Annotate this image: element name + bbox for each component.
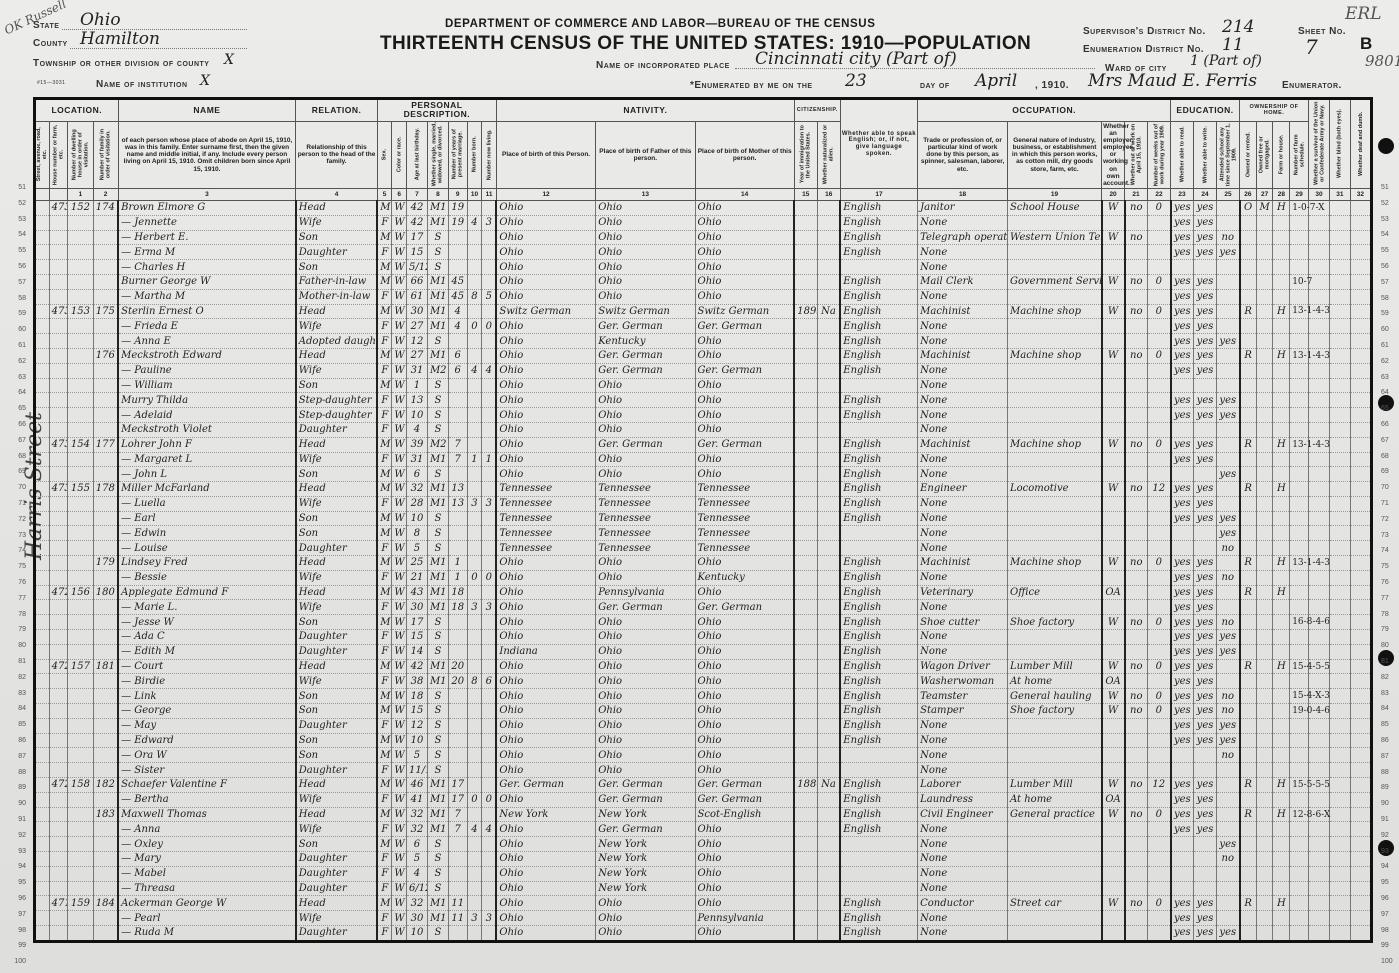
table-row: — Anna EAdopted daughterFW12SOhioKentuck…	[35, 334, 1372, 349]
cell-trade: None	[918, 926, 1008, 942]
cell-imm	[794, 200, 817, 215]
cell-own: R	[1240, 437, 1257, 452]
section-name: NAME	[118, 99, 296, 122]
cell-imm	[794, 822, 817, 837]
header-dwelling-number: Number of dwelling house in order of vis…	[68, 121, 93, 188]
cell-house	[49, 393, 68, 408]
cell-own: R	[1240, 778, 1257, 793]
cell-read: yes	[1171, 200, 1194, 215]
cell-oow	[1125, 541, 1148, 556]
cell-yrs	[448, 926, 467, 942]
cell-name: — Threasa	[118, 881, 296, 896]
cell-read	[1171, 748, 1194, 763]
cell-race: W	[392, 304, 407, 319]
cell-sched	[1290, 733, 1309, 748]
cell-imm	[794, 615, 817, 630]
cell-race: W	[392, 718, 407, 733]
line-number: 76	[4, 579, 26, 586]
cell-write: yes	[1194, 689, 1217, 704]
cell-dwelling	[68, 274, 93, 289]
cell-mother: Ohio	[695, 852, 794, 867]
line-number-right: 82	[1381, 674, 1389, 681]
cell-lang: English	[840, 689, 917, 704]
line-number: 73	[4, 532, 26, 539]
cell-lang	[840, 378, 917, 393]
cell-born	[467, 200, 482, 215]
cell-mother: Tennessee	[695, 526, 794, 541]
cell-industry	[1008, 852, 1102, 867]
cell-sched: 13-1-4-3	[1290, 556, 1309, 571]
cell-trade: None	[918, 837, 1008, 852]
cell-birth: Ohio	[496, 556, 595, 571]
cell-emp	[1102, 822, 1125, 837]
cell-imm	[794, 748, 817, 763]
cell-marital: S	[427, 467, 448, 482]
cell-nat	[817, 822, 840, 837]
cell-marital: S	[427, 230, 448, 245]
cell-family: 182	[93, 778, 118, 793]
cell-race: W	[392, 674, 407, 689]
cell-weeks	[1148, 570, 1171, 585]
line-number: 71	[4, 500, 26, 507]
cell-blank	[1350, 807, 1371, 822]
cell-mother: Ohio	[695, 644, 794, 659]
table-row: 4728156180Applegate Edmund FHeadMW43M118…	[35, 585, 1372, 600]
cell-write: yes	[1194, 644, 1217, 659]
cell-house	[49, 718, 68, 733]
cell-own	[1240, 526, 1257, 541]
header-mortgaged: Owned free or mortgaged.	[1256, 121, 1273, 188]
line-number-right: 56	[1381, 263, 1389, 270]
cell-farm	[1273, 881, 1290, 896]
cell-school: no	[1217, 748, 1240, 763]
cell-house: 4720	[49, 778, 68, 793]
cell-sex: M	[377, 896, 392, 911]
cell-age: 39	[407, 437, 428, 452]
line-number-right: 80	[1381, 642, 1389, 649]
cell-race: W	[392, 763, 407, 778]
cell-birth: Ohio	[496, 926, 595, 942]
cell-blank	[35, 467, 50, 482]
cell-school	[1217, 260, 1240, 275]
cell-sched	[1290, 881, 1309, 896]
cell-own	[1240, 274, 1257, 289]
cell-school	[1217, 585, 1240, 600]
cell-family	[93, 644, 118, 659]
cell-yrs	[448, 334, 467, 349]
cell-marital: M1	[427, 215, 448, 230]
cell-birth: New York	[496, 807, 595, 822]
cell-family: 179	[93, 556, 118, 571]
cell-house	[49, 600, 68, 615]
cell-yrs	[448, 866, 467, 881]
cell-family	[93, 274, 118, 289]
cell-blank	[1350, 881, 1371, 896]
cell-dwelling	[68, 630, 93, 645]
cell-industry	[1008, 496, 1102, 511]
cell-mort	[1256, 630, 1273, 645]
cell-age: 27	[407, 319, 428, 334]
cell-living	[482, 422, 497, 437]
cell-mort	[1256, 348, 1273, 363]
cell-blank	[1350, 852, 1371, 867]
cell-blank	[35, 704, 50, 719]
cell-write: yes	[1194, 926, 1217, 942]
cell-mother: Ohio	[695, 615, 794, 630]
cell-house	[49, 215, 68, 230]
header-children-living: Number now living.	[482, 121, 497, 188]
cell-trade: None	[918, 467, 1008, 482]
cell-born	[467, 807, 482, 822]
cell-born: 4	[467, 363, 482, 378]
cell-house	[49, 319, 68, 334]
cell-birth: Ger. German	[496, 778, 595, 793]
cell-mort	[1256, 437, 1273, 452]
cell-age: 30	[407, 600, 428, 615]
cell-marital: S	[427, 718, 448, 733]
cell-own	[1240, 615, 1257, 630]
cell-blank	[1309, 319, 1330, 334]
cell-nat	[817, 733, 840, 748]
cell-birth: Ohio	[496, 585, 595, 600]
cell-oow	[1125, 733, 1148, 748]
cell-school: yes	[1217, 511, 1240, 526]
cell-birth: Ohio	[496, 260, 595, 275]
column-number: 19	[1008, 188, 1102, 200]
census-sheet: OK Russell State Ohio County Hamilton To…	[0, 0, 1399, 973]
line-number-right: 66	[1381, 421, 1389, 428]
cell-yrs	[448, 881, 467, 896]
cell-write: yes	[1194, 348, 1217, 363]
cell-age: 66	[407, 274, 428, 289]
cell-mort	[1256, 541, 1273, 556]
cell-blank	[1309, 378, 1330, 393]
department-heading: DEPARTMENT OF COMMERCE AND LABOR—BUREAU …	[445, 18, 875, 30]
cell-farm	[1273, 215, 1290, 230]
cell-relation: Son	[296, 837, 378, 852]
cell-farm: H	[1273, 200, 1290, 215]
cell-farm: H	[1273, 348, 1290, 363]
cell-name: — Jesse W	[118, 615, 296, 630]
cell-lang: English	[840, 718, 917, 733]
cell-race: W	[392, 852, 407, 867]
cell-emp: W	[1102, 348, 1125, 363]
cell-born	[467, 644, 482, 659]
cell-age: 61	[407, 289, 428, 304]
cell-mother: Ohio	[695, 556, 794, 571]
cell-name: — Edwin	[118, 526, 296, 541]
cell-sex: F	[377, 245, 392, 260]
cell-school	[1217, 363, 1240, 378]
column-number: 13	[596, 188, 695, 200]
cell-birth: Ohio	[496, 215, 595, 230]
cell-mort	[1256, 482, 1273, 497]
cell-trade: Wagon Driver	[918, 659, 1008, 674]
table-row: — Jesse WSonMW17SOhioOhioOhioEnglishShoe…	[35, 615, 1372, 630]
cell-mort	[1256, 866, 1273, 881]
cell-blank	[35, 511, 50, 526]
cell-birth: Ohio	[496, 689, 595, 704]
cell-age: 6	[407, 467, 428, 482]
cell-read: yes	[1171, 556, 1194, 571]
cell-imm	[794, 437, 817, 452]
line-number: 100	[4, 958, 26, 965]
cell-farm	[1273, 526, 1290, 541]
cell-mort	[1256, 378, 1273, 393]
line-number: 90	[4, 800, 26, 807]
cell-race: W	[392, 792, 407, 807]
table-row: — SisterDaughterFW11/12SOhioOhioOhioNone	[35, 763, 1372, 778]
cell-emp: W	[1102, 200, 1125, 215]
cell-dwelling	[68, 881, 93, 896]
cell-father: Tennessee	[596, 541, 695, 556]
cell-mother: Ger. German	[695, 437, 794, 452]
table-row: — EdwinSonMW8STennesseeTennesseeTennesse…	[35, 526, 1372, 541]
cell-read	[1171, 260, 1194, 275]
cell-farm	[1273, 452, 1290, 467]
cell-born	[467, 378, 482, 393]
cell-marital: M1	[427, 482, 448, 497]
cell-industry	[1008, 630, 1102, 645]
cell-weeks	[1148, 763, 1171, 778]
cell-oow	[1125, 837, 1148, 852]
cell-father: Ohio	[596, 274, 695, 289]
cell-imm	[794, 393, 817, 408]
cell-house	[49, 511, 68, 526]
cell-name: — Court	[118, 659, 296, 674]
cell-name: Applegate Edmund F	[118, 585, 296, 600]
cell-industry: Government Service	[1008, 274, 1102, 289]
cell-mother: Ger. German	[695, 600, 794, 615]
header-out-of-work: Whether out of work on April 15, 1910.	[1125, 121, 1148, 188]
cell-lang: English	[840, 482, 917, 497]
cell-weeks	[1148, 541, 1171, 556]
cell-born	[467, 852, 482, 867]
cell-house	[49, 496, 68, 511]
cell-birth: Ohio	[496, 452, 595, 467]
cell-own: R	[1240, 807, 1257, 822]
table-row: 4732155178Miller McFarlandHeadMW32M113Te…	[35, 482, 1372, 497]
table-row: — PearlWifeFW30M11133OhioOhioPennsylvani…	[35, 911, 1372, 926]
cell-blank	[35, 778, 50, 793]
cell-read: yes	[1171, 452, 1194, 467]
cell-yrs: 4	[448, 304, 467, 319]
cell-sex: M	[377, 467, 392, 482]
cell-imm	[794, 526, 817, 541]
cell-father: Ohio	[596, 896, 695, 911]
cell-sched	[1290, 570, 1309, 585]
cell-age: 4	[407, 866, 428, 881]
cell-lang: English	[840, 792, 917, 807]
cell-blank	[1329, 467, 1350, 482]
cell-lang: English	[840, 319, 917, 334]
cell-read: yes	[1171, 911, 1194, 926]
cell-born	[467, 926, 482, 942]
cell-nat	[817, 422, 840, 437]
enumerator-name: Mrs Maud E. Ferris	[1088, 71, 1257, 91]
cell-lang: English	[840, 496, 917, 511]
cell-emp	[1102, 393, 1125, 408]
cell-blank	[1329, 630, 1350, 645]
cell-emp	[1102, 748, 1125, 763]
cell-read	[1171, 526, 1194, 541]
cell-emp	[1102, 852, 1125, 867]
cell-relation: Son	[296, 615, 378, 630]
cell-imm	[794, 215, 817, 230]
line-number-right: 63	[1381, 374, 1389, 381]
cell-trade: None	[918, 260, 1008, 275]
line-number-right: 59	[1381, 310, 1389, 317]
cell-mother: Tennessee	[695, 511, 794, 526]
cell-age: 32	[407, 482, 428, 497]
cell-born	[467, 422, 482, 437]
line-number-right: 87	[1381, 753, 1389, 760]
line-number: 55	[4, 247, 26, 254]
cell-father: Tennessee	[596, 511, 695, 526]
cell-relation: Daughter	[296, 718, 378, 733]
column-number: 29	[1290, 188, 1309, 200]
cell-write: yes	[1194, 556, 1217, 571]
cell-sched: 15-5-5-5	[1290, 778, 1309, 793]
cell-sex: M	[377, 837, 392, 852]
column-number: 24	[1194, 188, 1217, 200]
cell-mort	[1256, 511, 1273, 526]
cell-school: yes	[1217, 926, 1240, 942]
cell-marital: M1	[427, 319, 448, 334]
cell-trade: Machinist	[918, 348, 1008, 363]
cell-mother: Tennessee	[695, 496, 794, 511]
cell-yrs	[448, 408, 467, 423]
cell-yrs: 17	[448, 792, 467, 807]
cell-lang: English	[840, 393, 917, 408]
cell-father: Ohio	[596, 200, 695, 215]
cell-name: Lindsey Fred	[118, 556, 296, 571]
cell-birth: Ohio	[496, 363, 595, 378]
cell-oow	[1125, 393, 1148, 408]
cell-write: yes	[1194, 822, 1217, 837]
header-read: Whether able to read.	[1171, 121, 1194, 188]
cell-trade: None	[918, 334, 1008, 349]
cell-birth: Ohio	[496, 852, 595, 867]
column-number: 28	[1273, 188, 1290, 200]
cell-trade: None	[918, 630, 1008, 645]
cell-blank	[1309, 792, 1330, 807]
cell-blank	[1350, 896, 1371, 911]
cell-living: 3	[482, 496, 497, 511]
cell-sched	[1290, 644, 1309, 659]
cell-born	[467, 896, 482, 911]
cell-mort	[1256, 644, 1273, 659]
cell-living: 0	[482, 792, 497, 807]
section-occupation: OCCUPATION.	[918, 99, 1171, 122]
cell-school: no	[1217, 570, 1240, 585]
cell-race: W	[392, 348, 407, 363]
cell-write	[1194, 422, 1217, 437]
cell-write	[1194, 763, 1217, 778]
cell-sex: F	[377, 600, 392, 615]
cell-relation: Mother-in-law	[296, 289, 378, 304]
line-number: 59	[4, 310, 26, 317]
line-number: 82	[4, 674, 26, 681]
cell-write: yes	[1194, 600, 1217, 615]
cell-age: 27	[407, 348, 428, 363]
cell-trade: Veterinary	[918, 585, 1008, 600]
cell-farm	[1273, 496, 1290, 511]
cell-emp	[1102, 467, 1125, 482]
cell-trade: None	[918, 911, 1008, 926]
cell-lang: English	[840, 630, 917, 645]
cell-race: W	[392, 630, 407, 645]
cell-sex: F	[377, 911, 392, 926]
cell-sex: F	[377, 289, 392, 304]
table-row: — Frieda EWifeFW27M1400OhioGer. GermanGe…	[35, 319, 1372, 334]
cell-blank	[1350, 630, 1371, 645]
table-row: — PaulineWifeFW31M2644OhioGer. GermanGer…	[35, 363, 1372, 378]
cell-age: 12	[407, 718, 428, 733]
cell-oow: no	[1125, 274, 1148, 289]
cell-living	[482, 659, 497, 674]
cell-age: 6	[407, 837, 428, 852]
cell-industry	[1008, 452, 1102, 467]
cell-oow	[1125, 881, 1148, 896]
cell-born	[467, 733, 482, 748]
column-number: 26	[1240, 188, 1257, 200]
cell-mort	[1256, 363, 1273, 378]
cell-blank	[35, 718, 50, 733]
cell-yrs: 11	[448, 911, 467, 926]
cell-farm	[1273, 926, 1290, 942]
cell-house	[49, 822, 68, 837]
cell-trade: Machinist	[918, 437, 1008, 452]
cell-lang: English	[840, 822, 917, 837]
cell-relation: Head	[296, 200, 378, 215]
cell-school	[1217, 437, 1240, 452]
cell-write: yes	[1194, 408, 1217, 423]
cell-weeks	[1148, 408, 1171, 423]
cell-mother: Ohio	[695, 289, 794, 304]
line-number-right: 70	[1381, 484, 1389, 491]
cell-blank	[1350, 289, 1371, 304]
cell-living	[482, 615, 497, 630]
cell-blank	[1350, 600, 1371, 615]
cell-blank	[35, 748, 50, 763]
cell-blank	[1329, 600, 1350, 615]
cell-sched	[1290, 511, 1309, 526]
cell-trade: None	[918, 496, 1008, 511]
cell-blank	[1350, 556, 1371, 571]
cell-blank	[1309, 926, 1330, 942]
cell-industry: Lumber Mill	[1008, 778, 1102, 793]
cell-emp	[1102, 260, 1125, 275]
cell-farm	[1273, 289, 1290, 304]
cell-name: — Mabel	[118, 866, 296, 881]
cell-sched	[1290, 763, 1309, 778]
header-school: Attended school any time since September…	[1217, 121, 1240, 188]
cell-mother: Ohio	[695, 866, 794, 881]
cell-family: 176	[93, 348, 118, 363]
line-number-right: 78	[1381, 611, 1389, 618]
cell-school: no	[1217, 689, 1240, 704]
cell-emp	[1102, 378, 1125, 393]
cell-house	[49, 334, 68, 349]
cell-age: 21	[407, 570, 428, 585]
cell-nat	[817, 452, 840, 467]
cell-living: 6	[482, 674, 497, 689]
cell-imm	[794, 260, 817, 275]
cell-emp	[1102, 837, 1125, 852]
cell-sex: F	[377, 319, 392, 334]
cell-mother: Ohio	[695, 452, 794, 467]
